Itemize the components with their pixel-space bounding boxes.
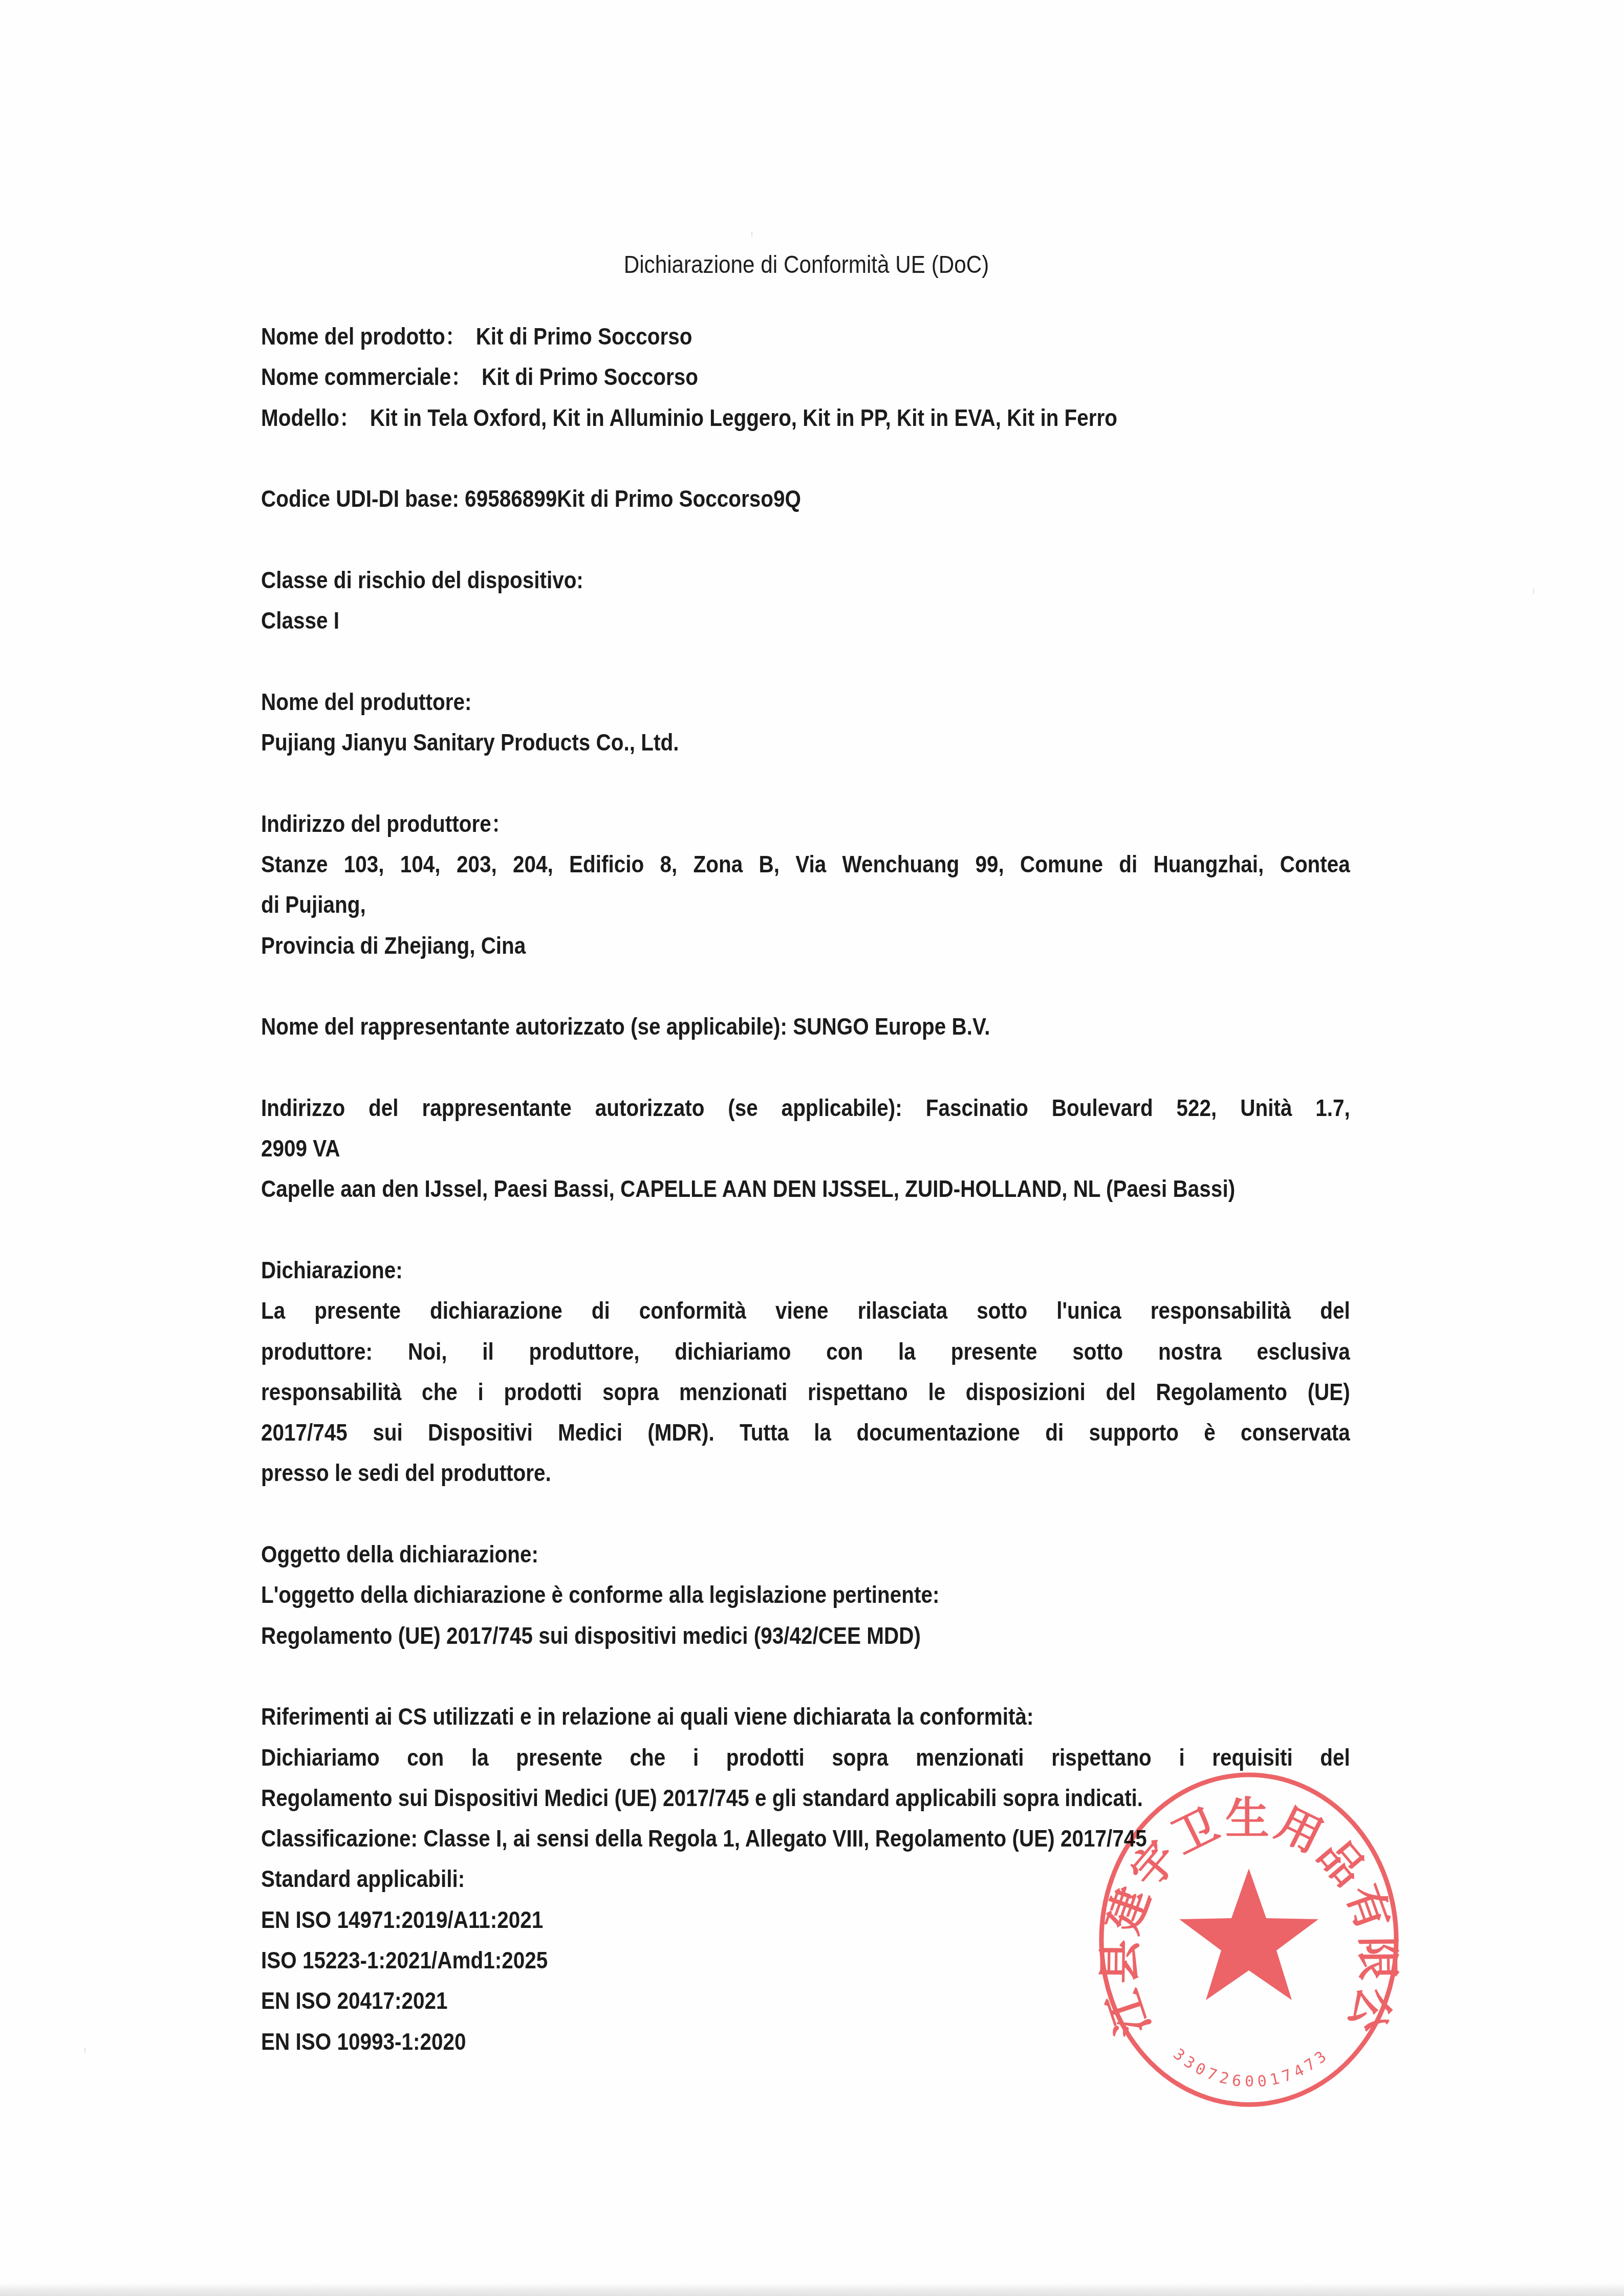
scan-speck — [84, 2048, 85, 2053]
scan-speck — [1533, 589, 1534, 594]
manufacturer-value: Pujiang Jianyu Sanitary Products Co., Lt… — [261, 722, 679, 763]
udi-code: Codice UDI-DI base: 69586899Kit di Primo… — [261, 479, 801, 519]
document-title: Dichiarazione di Conformità UE (DoC) — [0, 245, 1612, 285]
references-line: Regolamento sui Dispositivi Medici (UE) … — [261, 1778, 1143, 1818]
trade-name-label: Nome commerciale： — [261, 363, 472, 390]
manufacturer-address-label: Indirizzo del produttore： — [261, 804, 512, 844]
product-name-label: Nome del prodotto： — [261, 323, 466, 350]
standard-item: ISO 15223-1:2021/Amd1:2025 — [261, 1940, 548, 1981]
object-line: L'oggetto della dichiarazione è conforme… — [261, 1575, 939, 1615]
references-line: Dichiariamo con la presente che i prodot… — [261, 1737, 1350, 1778]
risk-class-label: Classe di rischio del dispositivo: — [261, 560, 583, 600]
manufacturer-address-line: Stanze 103, 104, 203, 204, Edificio 8, Z… — [261, 844, 1350, 885]
authorized-rep-address-line: 2909 VA — [261, 1128, 340, 1169]
standard-item: EN ISO 10993-1:2020 — [261, 2022, 466, 2062]
standard-item: EN ISO 14971:2019/A11:2021 — [261, 1900, 543, 1940]
authorized-rep-name: Nome del rappresentante autorizzato (se … — [261, 1006, 990, 1047]
standard-item: EN ISO 20417:2021 — [261, 1981, 448, 2021]
object-line: Regolamento (UE) 2017/745 sui dispositiv… — [261, 1616, 921, 1656]
model-label: Modello： — [261, 404, 360, 431]
model-row: Modello：Kit in Tela Oxford, Kit in Allum… — [261, 398, 1117, 438]
references-heading: Riferimenti ai CS utilizzati e in relazi… — [261, 1697, 1033, 1737]
model-value: Kit in Tela Oxford, Kit in Alluminio Leg… — [370, 404, 1117, 431]
standards-heading: Standard applicabili: — [261, 1859, 465, 1899]
manufacturer-address-line: di Pujiang, — [261, 885, 366, 925]
declaration-line: 2017/745 sui Dispositivi Medici (MDR). T… — [261, 1412, 1350, 1453]
manufacturer-address-line: Provincia di Zhejiang, Cina — [261, 926, 526, 966]
manufacturer-label: Nome del produttore: — [261, 682, 472, 722]
product-name-row: Nome del prodotto：Kit di Primo Soccorso — [261, 316, 692, 357]
authorized-rep-address-line: Capelle aan den IJssel, Paesi Bassi, CAP… — [261, 1169, 1235, 1209]
declaration-line: presso le sedi del produttore. — [261, 1453, 551, 1493]
scan-edge-shadow — [0, 2283, 1624, 2296]
object-heading: Oggetto della dichiarazione: — [261, 1534, 538, 1575]
declaration-heading: Dichiarazione: — [261, 1250, 403, 1291]
trade-name-row: Nome commerciale：Kit di Primo Soccorso — [261, 357, 698, 397]
risk-class-value: Classe I — [261, 600, 339, 641]
seal-number: 3307260017473 — [1170, 2045, 1333, 2091]
declaration-line: responsabilità che i prodotti sopra menz… — [261, 1372, 1350, 1412]
document-page: Dichiarazione di Conformità UE (DoC) Nom… — [0, 0, 1624, 2296]
trade-name-value: Kit di Primo Soccorso — [482, 363, 698, 390]
declaration-line: La presente dichiarazione di conformità … — [261, 1291, 1350, 1331]
authorized-rep-address-line: Indirizzo del rappresentante autorizzato… — [261, 1088, 1350, 1128]
scan-speck — [751, 231, 752, 237]
product-name-value: Kit di Primo Soccorso — [476, 323, 692, 350]
references-line: Classificazione: Classe I, ai sensi dell… — [261, 1818, 1147, 1859]
star-icon — [1179, 1869, 1318, 2000]
declaration-line: produttore: Noi, il produttore, dichiari… — [261, 1332, 1350, 1372]
